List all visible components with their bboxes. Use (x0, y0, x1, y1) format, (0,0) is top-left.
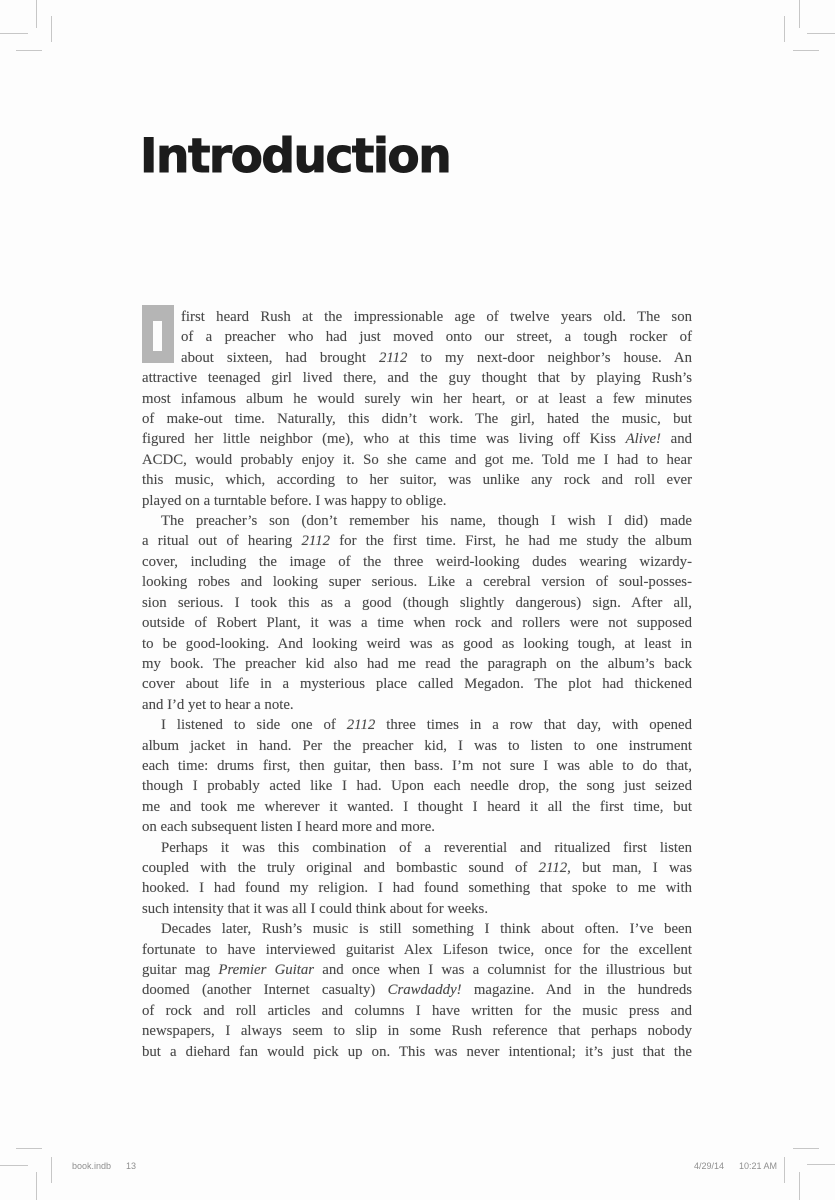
text-line: Decades later, Rush’s music is still som… (142, 919, 692, 939)
text-line: newspapers, I always seem to slip in som… (142, 1021, 692, 1041)
text-line: each time: drums first, then guitar, the… (142, 756, 692, 776)
text-line: about sixteen, had brought 2112 to my ne… (142, 348, 692, 368)
text-line: of a preacher who had just moved onto ou… (142, 327, 692, 347)
text-line: and I’d yet to hear a note. (142, 695, 692, 715)
text-line: though I probably acted like I had. Upon… (142, 776, 692, 796)
text-line: this music, which, according to her suit… (142, 470, 692, 490)
crop-mark-bottom-left-inner-horizontal (16, 1148, 42, 1149)
text-line: first heard Rush at the impressionable a… (142, 307, 692, 327)
crop-mark-top-right-vertical (799, 0, 800, 28)
text-line: most infamous album he would surely win … (142, 389, 692, 409)
paragraph: The preacher’s son (don’t remember his n… (142, 511, 692, 715)
text-line: to be good-looking. And looking weird wa… (142, 634, 692, 654)
body-text: first heard Rush at the impressionable a… (142, 307, 692, 1062)
text-line: doomed (another Internet casualty) Crawd… (142, 980, 692, 1000)
slug-time: 10:21 AM (739, 1161, 777, 1171)
text-line: outside of Robert Plant, it was a time w… (142, 613, 692, 633)
crop-mark-bottom-right-vertical (799, 1172, 800, 1200)
text-line: guitar mag Premier Guitar and once when … (142, 960, 692, 980)
text-line: such intensity that it was all I could t… (142, 899, 692, 919)
slug-file-info: book.indb13 (72, 1161, 136, 1171)
slug-date: 4/29/14 (694, 1161, 724, 1171)
text-line: of make-out time. Naturally, this didn’t… (142, 409, 692, 429)
paragraph: I listened to side one of 2112 three tim… (142, 715, 692, 837)
text-line: looking robes and looking super serious.… (142, 572, 692, 592)
slug-page-number: 13 (126, 1161, 136, 1171)
text-line: played on a turntable before. I was happ… (142, 491, 692, 511)
crop-mark-bottom-right-inner-horizontal (793, 1148, 819, 1149)
text-line: me and took me wherever it wanted. I tho… (142, 797, 692, 817)
text-line: ACDC, would probably enjoy it. So she ca… (142, 450, 692, 470)
slug-timestamp: 4/29/1410:21 AM (694, 1161, 777, 1171)
chapter-title: Introduction (140, 133, 450, 180)
text-line: on each subsequent listen I heard more a… (142, 817, 692, 837)
paragraph: Perhaps it was this combination of a rev… (142, 838, 692, 920)
slug-filename: book.indb (72, 1161, 111, 1171)
crop-mark-top-right-horizontal (807, 33, 835, 34)
text-line: a ritual out of hearing 2112 for the fir… (142, 531, 692, 551)
paragraph: first heard Rush at the impressionable a… (142, 307, 692, 511)
text-line: sion serious. I took this as a good (tho… (142, 593, 692, 613)
text-line: cover about life in a mysterious place c… (142, 674, 692, 694)
crop-mark-top-right-inner-vertical (784, 16, 785, 42)
text-line: Perhaps it was this combination of a rev… (142, 838, 692, 858)
crop-mark-bottom-left-vertical (36, 1172, 37, 1200)
text-line: my book. The preacher kid also had me re… (142, 654, 692, 674)
text-line: but a diehard fan would pick up on. This… (142, 1042, 692, 1062)
crop-mark-bottom-right-horizontal (807, 1164, 835, 1165)
crop-mark-top-left-inner-horizontal (16, 50, 42, 51)
drop-cap-letter-i (153, 321, 162, 351)
crop-mark-bottom-right-inner-vertical (784, 1157, 785, 1183)
text-line: of rock and roll articles and columns I … (142, 1001, 692, 1021)
text-line: attractive teenaged girl lived there, an… (142, 368, 692, 388)
text-line: cover, including the image of the three … (142, 552, 692, 572)
text-line: I listened to side one of 2112 three tim… (142, 715, 692, 735)
text-line: coupled with the truly original and bomb… (142, 858, 692, 878)
crop-mark-bottom-left-horizontal (0, 1165, 28, 1166)
crop-mark-top-right-inner-horizontal (793, 50, 819, 51)
drop-cap (142, 307, 181, 366)
paragraph: Decades later, Rush’s music is still som… (142, 919, 692, 1062)
crop-mark-bottom-left-inner-vertical (51, 1157, 52, 1183)
text-line: fortunate to have interviewed guitarist … (142, 940, 692, 960)
text-line: album jacket in hand. Per the preacher k… (142, 736, 692, 756)
crop-mark-top-left-inner-vertical (51, 16, 52, 42)
crop-mark-top-left-vertical (36, 0, 37, 28)
text-line: hooked. I had found my religion. I had f… (142, 878, 692, 898)
crop-mark-top-left-horizontal (0, 33, 28, 34)
text-line: figured her little neighbor (me), who at… (142, 429, 692, 449)
scanned-book-page: Introduction first heard Rush at the imp… (0, 0, 835, 1200)
text-line: The preacher’s son (don’t remember his n… (142, 511, 692, 531)
drop-cap-block (142, 305, 174, 363)
